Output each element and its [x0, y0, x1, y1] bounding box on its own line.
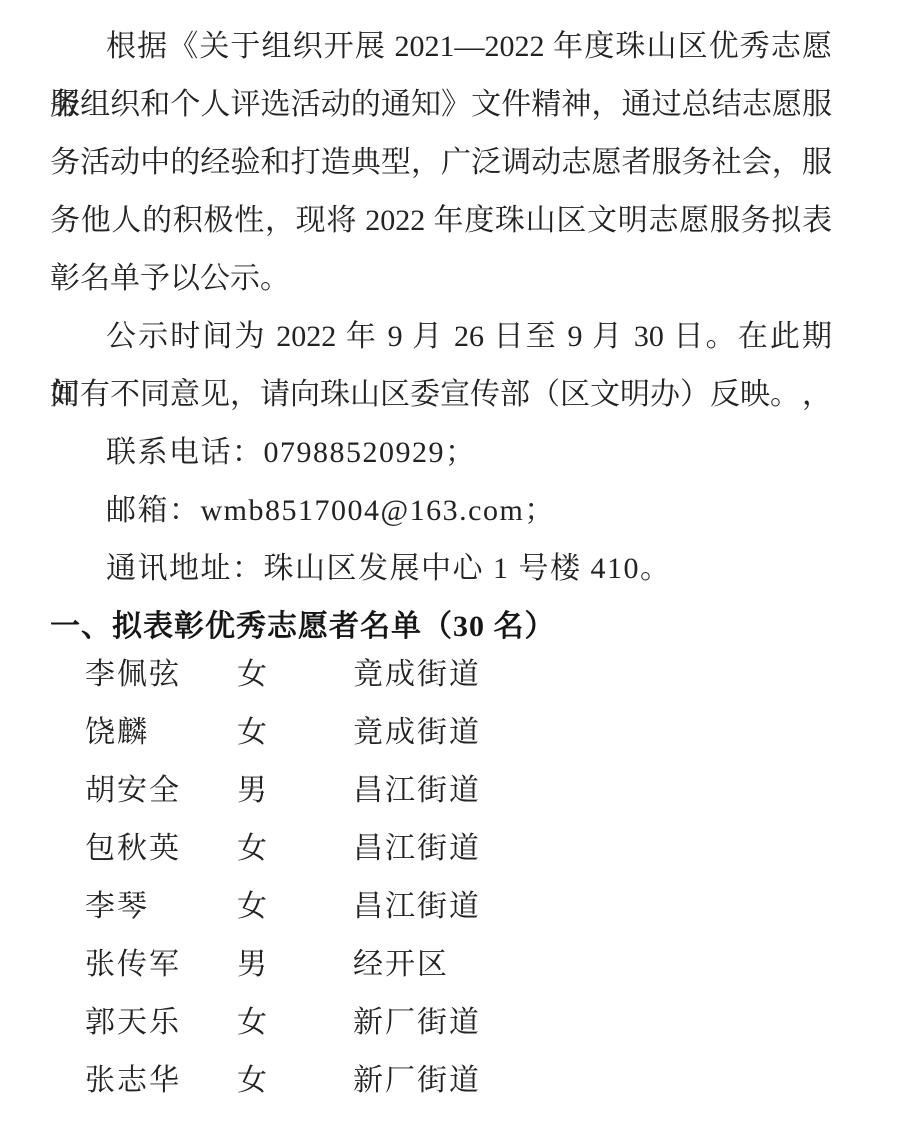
notice-paragraph: 公示时间为 2022 年 9 月 26 日至 9 月 30 日。在此期间， 如有…	[50, 308, 832, 424]
intro-paragraph-line-4: 务他人的积极性，现将 2022 年度珠山区文明志愿服务拟表	[50, 192, 832, 250]
volunteer-row-1: 李佩弦 女 竟成街道	[50, 646, 832, 704]
volunteer-row-5: 李琴 女 昌江街道	[50, 878, 832, 936]
intro-paragraph-line-5: 彰名单予以公示。	[50, 250, 832, 308]
volunteer-row-8: 张志华 女 新厂街道	[50, 1052, 832, 1110]
volunteer-district: 新厂街道	[353, 1052, 832, 1110]
volunteer-row-2: 饶麟 女 竟成街道	[50, 704, 832, 762]
volunteer-district: 经开区	[353, 936, 832, 994]
contact-phone-line: 联系电话：07988520929；	[50, 424, 832, 482]
volunteer-row-3: 胡安全 男 昌江街道	[50, 762, 832, 820]
volunteer-name: 李佩弦	[85, 646, 237, 704]
intro-paragraph: 根据《关于组织开展 2021—2022 年度珠山区优秀志愿服 务组织和个人评选活…	[50, 18, 832, 308]
volunteer-district: 竟成街道	[353, 704, 832, 762]
volunteer-name: 张志华	[85, 1052, 237, 1110]
volunteer-row-7: 郭天乐 女 新厂街道	[50, 994, 832, 1052]
contact-address-line: 通讯地址：珠山区发展中心 1 号楼 410。	[50, 540, 832, 598]
volunteer-district: 昌江街道	[353, 762, 832, 820]
contact-block: 联系电话：07988520929； 邮箱：wmb8517004@163.com；…	[50, 424, 832, 598]
volunteer-district: 昌江街道	[353, 820, 832, 878]
volunteer-name: 李琴	[85, 878, 237, 936]
notice-paragraph-line-1: 公示时间为 2022 年 9 月 26 日至 9 月 30 日。在此期间，	[50, 308, 832, 366]
notice-paragraph-line-2: 如有不同意见，请向珠山区委宣传部（区文明办）反映。	[50, 366, 832, 424]
volunteer-district: 昌江街道	[353, 878, 832, 936]
volunteer-name: 张传军	[85, 936, 237, 994]
volunteer-row-4: 包秋英 女 昌江街道	[50, 820, 832, 878]
volunteer-name: 胡安全	[85, 762, 237, 820]
volunteer-name: 郭天乐	[85, 994, 237, 1052]
volunteer-district: 竟成街道	[353, 646, 832, 704]
volunteer-district: 新厂街道	[353, 994, 832, 1052]
volunteer-gender: 女	[237, 994, 353, 1052]
notice-document-page: 根据《关于组织开展 2021—2022 年度珠山区优秀志愿服 务组织和个人评选活…	[0, 0, 910, 1138]
volunteer-name: 饶麟	[85, 704, 237, 762]
volunteer-gender: 女	[237, 878, 353, 936]
contact-email-line: 邮箱：wmb8517004@163.com；	[50, 482, 832, 540]
volunteer-list: 李佩弦 女 竟成街道 饶麟 女 竟成街道 胡安全 男 昌江街道 包秋英 女 昌江…	[50, 646, 832, 1110]
intro-paragraph-line-2: 务组织和个人评选活动的通知》文件精神，通过总结志愿服	[50, 76, 832, 134]
volunteer-gender: 女	[237, 1052, 353, 1110]
intro-paragraph-line-3: 务活动中的经验和打造典型，广泛调动志愿者服务社会，服	[50, 134, 832, 192]
volunteer-gender: 女	[237, 704, 353, 762]
volunteer-gender: 女	[237, 820, 353, 878]
volunteer-gender: 男	[237, 936, 353, 994]
volunteer-gender: 女	[237, 646, 353, 704]
volunteer-row-6: 张传军 男 经开区	[50, 936, 832, 994]
intro-paragraph-line-1: 根据《关于组织开展 2021—2022 年度珠山区优秀志愿服	[50, 18, 832, 76]
volunteer-name: 包秋英	[85, 820, 237, 878]
volunteer-gender: 男	[237, 762, 353, 820]
